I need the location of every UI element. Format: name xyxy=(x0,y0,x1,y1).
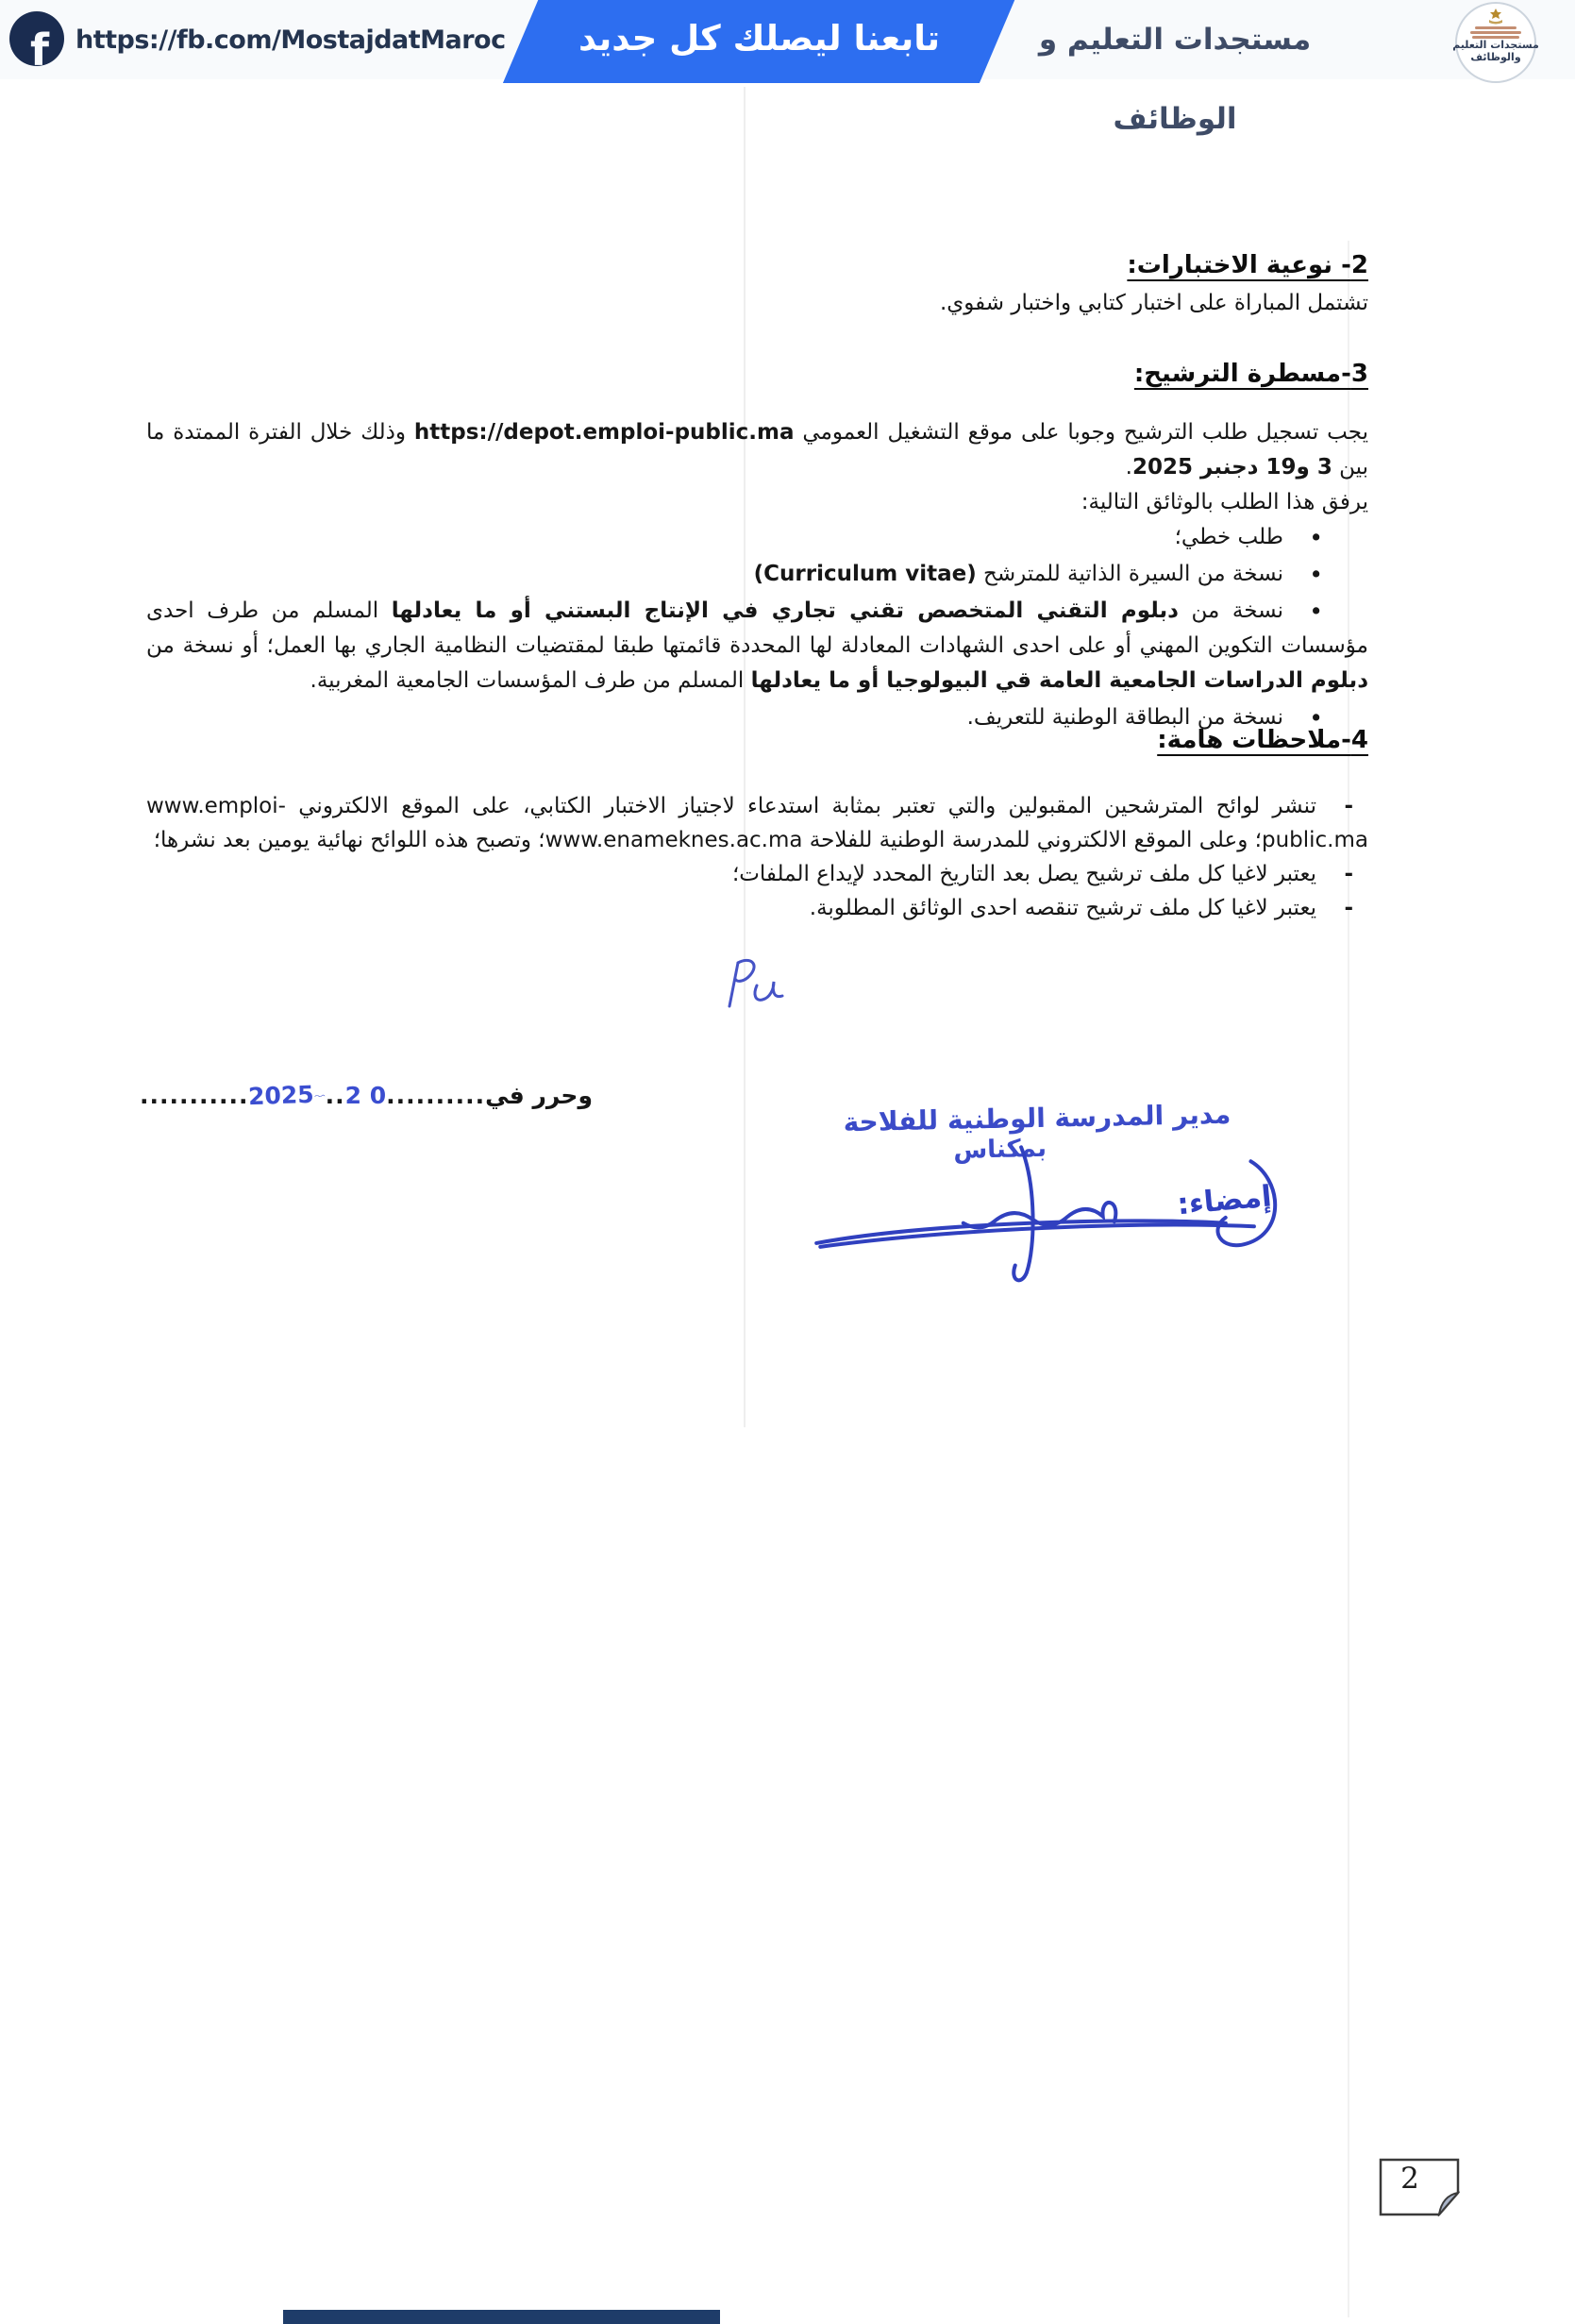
list-item: نسخة من السيرة الذاتية للمترشح (Curricul… xyxy=(146,557,1368,592)
list-item: نسخة من دبلوم التقني المتخصص تقني تجاري … xyxy=(146,594,1368,699)
exams-sentence: تشتمل المباراة على اختبار كتابي واختبار … xyxy=(146,286,1368,321)
doc-request-letter: طلب خطي؛ xyxy=(1175,525,1283,549)
crest-icon xyxy=(1486,8,1505,25)
attach-documents-line: يرفق هذا الطلب بالوثائق التالية: xyxy=(146,485,1368,520)
registration-dates: 3 و19 دجنبر 2025 xyxy=(1132,455,1332,480)
logo-line-3 xyxy=(1472,36,1519,39)
scanned-announcement-page: f https://fb.com/MostajdatMaroc تابعنا ل… xyxy=(0,0,1575,2324)
enameknes-url: www.enameknes.ac.ma xyxy=(545,828,803,852)
registration-text-1: يجب تسجيل طلب الترشيح وجوبا على موقع الت… xyxy=(795,420,1368,445)
doc-diploma-1: نسخة من xyxy=(1179,598,1283,623)
facebook-f-glyph: f xyxy=(30,28,49,66)
remark-1-text-2: ؛ وعلى الموقع الالكتروني للمدرسة الوطنية… xyxy=(803,828,1262,852)
required-documents-list: طلب خطي؛ نسخة من السيرة الذاتية للمترشح … xyxy=(146,520,1368,737)
doc-diploma-bold-2: دبلوم الدراسات الجامعية العامة قي البيول… xyxy=(751,668,1368,693)
page-number: 2 xyxy=(1379,2162,1441,2196)
logo-line-2 xyxy=(1470,31,1521,34)
director-signature xyxy=(780,1127,1298,1298)
section-3-heading: 3-مسطرة الترشيح: xyxy=(1134,360,1368,388)
site-logo: مستجدات التعليم والوظائف xyxy=(1455,2,1536,83)
stamped-year: 2025 xyxy=(248,1081,315,1110)
logo-title-line1: مستجدات التعليم xyxy=(1452,39,1539,51)
dot-leader: .. xyxy=(326,1082,345,1109)
doc-cv-text: نسخة من السيرة الذاتية للمترشح xyxy=(977,562,1283,586)
section-2-heading: 2- نوعية الاختبارات: xyxy=(1127,251,1368,279)
doc-diploma-bold-1: دبلوم التقني المتخصص تقني تجاري في الإنت… xyxy=(392,598,1179,623)
registration-text-2: وذلك خلال الفترة الممتدة xyxy=(164,420,414,445)
remark-1-text-1: تنشر لوائح المترشحين المقبولين والتي تعت… xyxy=(286,794,1316,818)
logo-motto-lines xyxy=(1470,26,1521,39)
facebook-icon: f xyxy=(9,11,64,66)
section-4-heading: 4-ملاحظات هامة: xyxy=(1157,726,1368,754)
important-remarks-list: تنشر لوائح المترشحين المقبولين والتي تعت… xyxy=(146,789,1368,925)
list-item: طلب خطي؛ xyxy=(146,520,1368,555)
issued-date-prefix: وحرر في xyxy=(485,1082,593,1109)
depot-url: https://depot.emploi-public.ma xyxy=(414,420,795,445)
section-2-body: تشتمل المباراة على اختبار كتابي واختبار … xyxy=(146,286,1368,321)
stamped-month-scribble xyxy=(314,1085,326,1107)
site-title: مستجدات التعليم و الوظائف xyxy=(981,0,1368,79)
handwritten-initials-mark xyxy=(719,955,787,1014)
dot-leader: ........... xyxy=(140,1082,248,1109)
remark-3: يعتبر لاغيا كل ملف ترشيح تنقصه احدى الوث… xyxy=(810,896,1316,920)
logo-line-1 xyxy=(1475,26,1516,29)
doc-diploma-3: المسلم من طرف المؤسسات الجامعية المغربية… xyxy=(310,668,751,693)
registration-period: . xyxy=(1126,455,1132,480)
follow-us-text: تابعنا ليصلك كل جديد xyxy=(521,0,997,79)
logo-title-line2: والوظائف xyxy=(1470,51,1520,63)
dot-leader: .......... xyxy=(386,1082,485,1109)
stamped-day: 0 2 xyxy=(345,1082,387,1109)
header-banner: f https://fb.com/MostajdatMaroc تابعنا ل… xyxy=(0,0,1575,79)
issued-date-line: وحرر في..........0 2..2025........... xyxy=(140,1082,593,1109)
list-item: يعتبر لاغيا كل ملف ترشيح تنقصه احدى الوث… xyxy=(146,891,1368,925)
section-3-paragraph: يجب تسجيل طلب الترشيح وجوبا على موقع الت… xyxy=(146,415,1368,520)
remark-1-text-3: ؛ وتصبح هذه اللوائح نهائية يومين بعد نشر… xyxy=(154,828,545,852)
page-number-box: 2 xyxy=(1379,2158,1460,2216)
bottom-edge-strip xyxy=(283,2310,720,2324)
facebook-page-link[interactable]: https://fb.com/MostajdatMaroc xyxy=(75,0,506,79)
signature-block: مدير المدرسة الوطنية للفلاحة بمكناس إمضا… xyxy=(779,1070,1299,1303)
doc-cv-latin: (Curriculum vitae) xyxy=(754,562,977,586)
registration-paragraph: يجب تسجيل طلب الترشيح وجوبا على موقع الت… xyxy=(146,415,1368,485)
list-item: يعتبر لاغيا كل ملف ترشيح يصل بعد التاريخ… xyxy=(146,857,1368,891)
list-item: تنشر لوائح المترشحين المقبولين والتي تعت… xyxy=(146,789,1368,857)
remark-2: يعتبر لاغيا كل ملف ترشيح يصل بعد التاريخ… xyxy=(732,862,1316,886)
